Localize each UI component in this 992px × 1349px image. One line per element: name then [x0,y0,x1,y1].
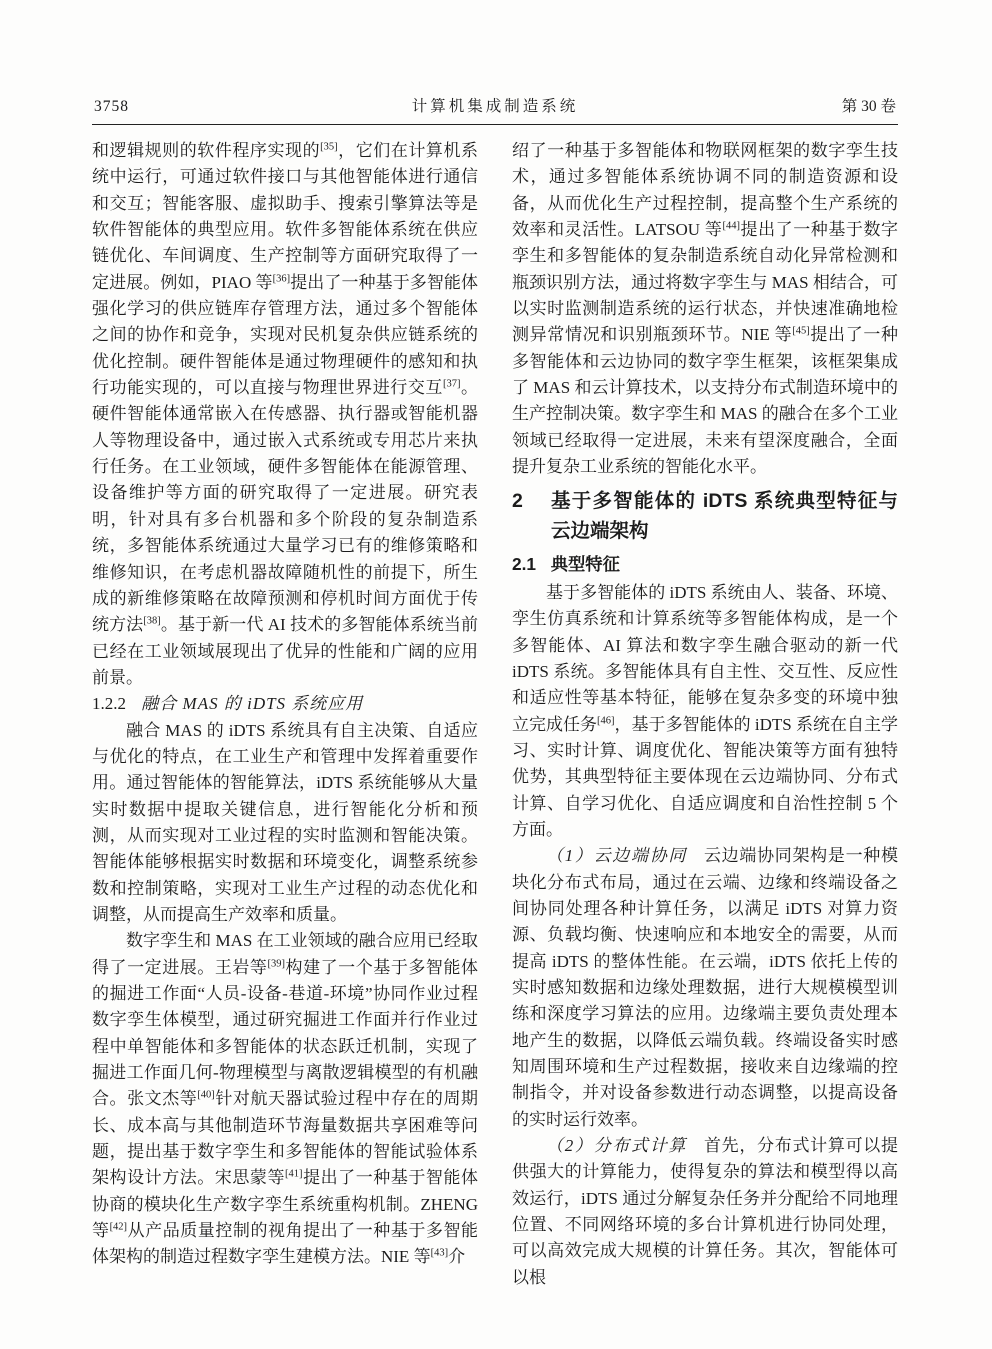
paragraph-lead-label: （1）云边端协同 [546,846,687,865]
subsection-heading: 1.2.2融合 MAS 的 iDTS 系统应用 [92,691,478,717]
citation-ref: [42] [110,1221,128,1232]
citation-ref: [41] [285,1169,303,1180]
paragraph: 数字孪生和 MAS 在工业领域的融合应用已经取得了一定进展。王岩等[39]构建了… [92,928,478,1270]
citation-ref: [36] [273,273,291,284]
paragraph: （2）分布式计算首先，分布式计算可以提供强大的计算能力，使得复杂的算法和模型得以… [512,1133,898,1291]
citation-ref: [38] [143,616,161,627]
subsection-heading: 2.1典型特征 [512,551,898,577]
paragraph: 和逻辑规则的软件程序实现的[35]，它们在计算机系统中运行，可通过软件接口与其他… [92,138,478,691]
citation-ref: [43] [431,1248,449,1259]
section-number: 2 [512,487,551,546]
paragraph: 绍了一种基于多智能体和物联网框架的数字孪生技术，通过多智能体系统协调不同的制造资… [512,138,898,480]
citation-ref: [37] [443,378,461,389]
subsection-title: 典型特征 [551,554,620,574]
citation-ref: [39] [267,958,285,969]
subsection-number: 1.2.2 [92,694,126,713]
paragraph: 融合 MAS 的 iDTS 系统具有自主决策、自适应与优化的特点，在工业生产和管… [92,718,478,929]
text-columns: 和逻辑规则的软件程序实现的[35]，它们在计算机系统中运行，可通过软件接口与其他… [92,138,898,1291]
paragraph: （1）云边端协同云边端协同架构是一种模块化分布式布局，通过在云端、边缘和终端设备… [512,843,898,1133]
page-number: 3758 [94,98,234,116]
right-column: 绍了一种基于多智能体和物联网框架的数字孪生技术，通过多智能体系统协调不同的制造资… [512,138,898,1291]
left-column: 和逻辑规则的软件程序实现的[35]，它们在计算机系统中运行，可通过软件接口与其他… [92,138,478,1291]
citation-ref: [46] [597,715,615,726]
citation-ref: [40] [197,1090,215,1101]
section-title: 基于多智能体的 iDTS 系统典型特征与云边端架构 [551,487,898,546]
journal-title: 计算机集成制造系统 [234,94,756,116]
volume-label: 第 30 卷 [756,94,896,116]
paragraph-lead-label: （2）分布式计算 [546,1136,687,1155]
section-heading: 2基于多智能体的 iDTS 系统典型特征与云边端架构 [512,487,898,546]
page-header: 3758 计算机集成制造系统 第 30 卷 [94,94,896,116]
header-rule [92,124,898,125]
journal-page: 3758 计算机集成制造系统 第 30 卷 和逻辑规则的软件程序实现的[35]，… [0,0,992,1349]
citation-ref: [44] [722,220,740,231]
subsection-number: 2.1 [512,554,536,574]
citation-ref: [35] [320,141,338,152]
citation-ref: [45] [792,326,810,337]
paragraph: 基于多智能体的 iDTS 系统由人、装备、环境、孪生仿真系统和计算系统等多智能体… [512,580,898,843]
subsection-title: 融合 MAS 的 iDTS 系统应用 [141,694,363,713]
